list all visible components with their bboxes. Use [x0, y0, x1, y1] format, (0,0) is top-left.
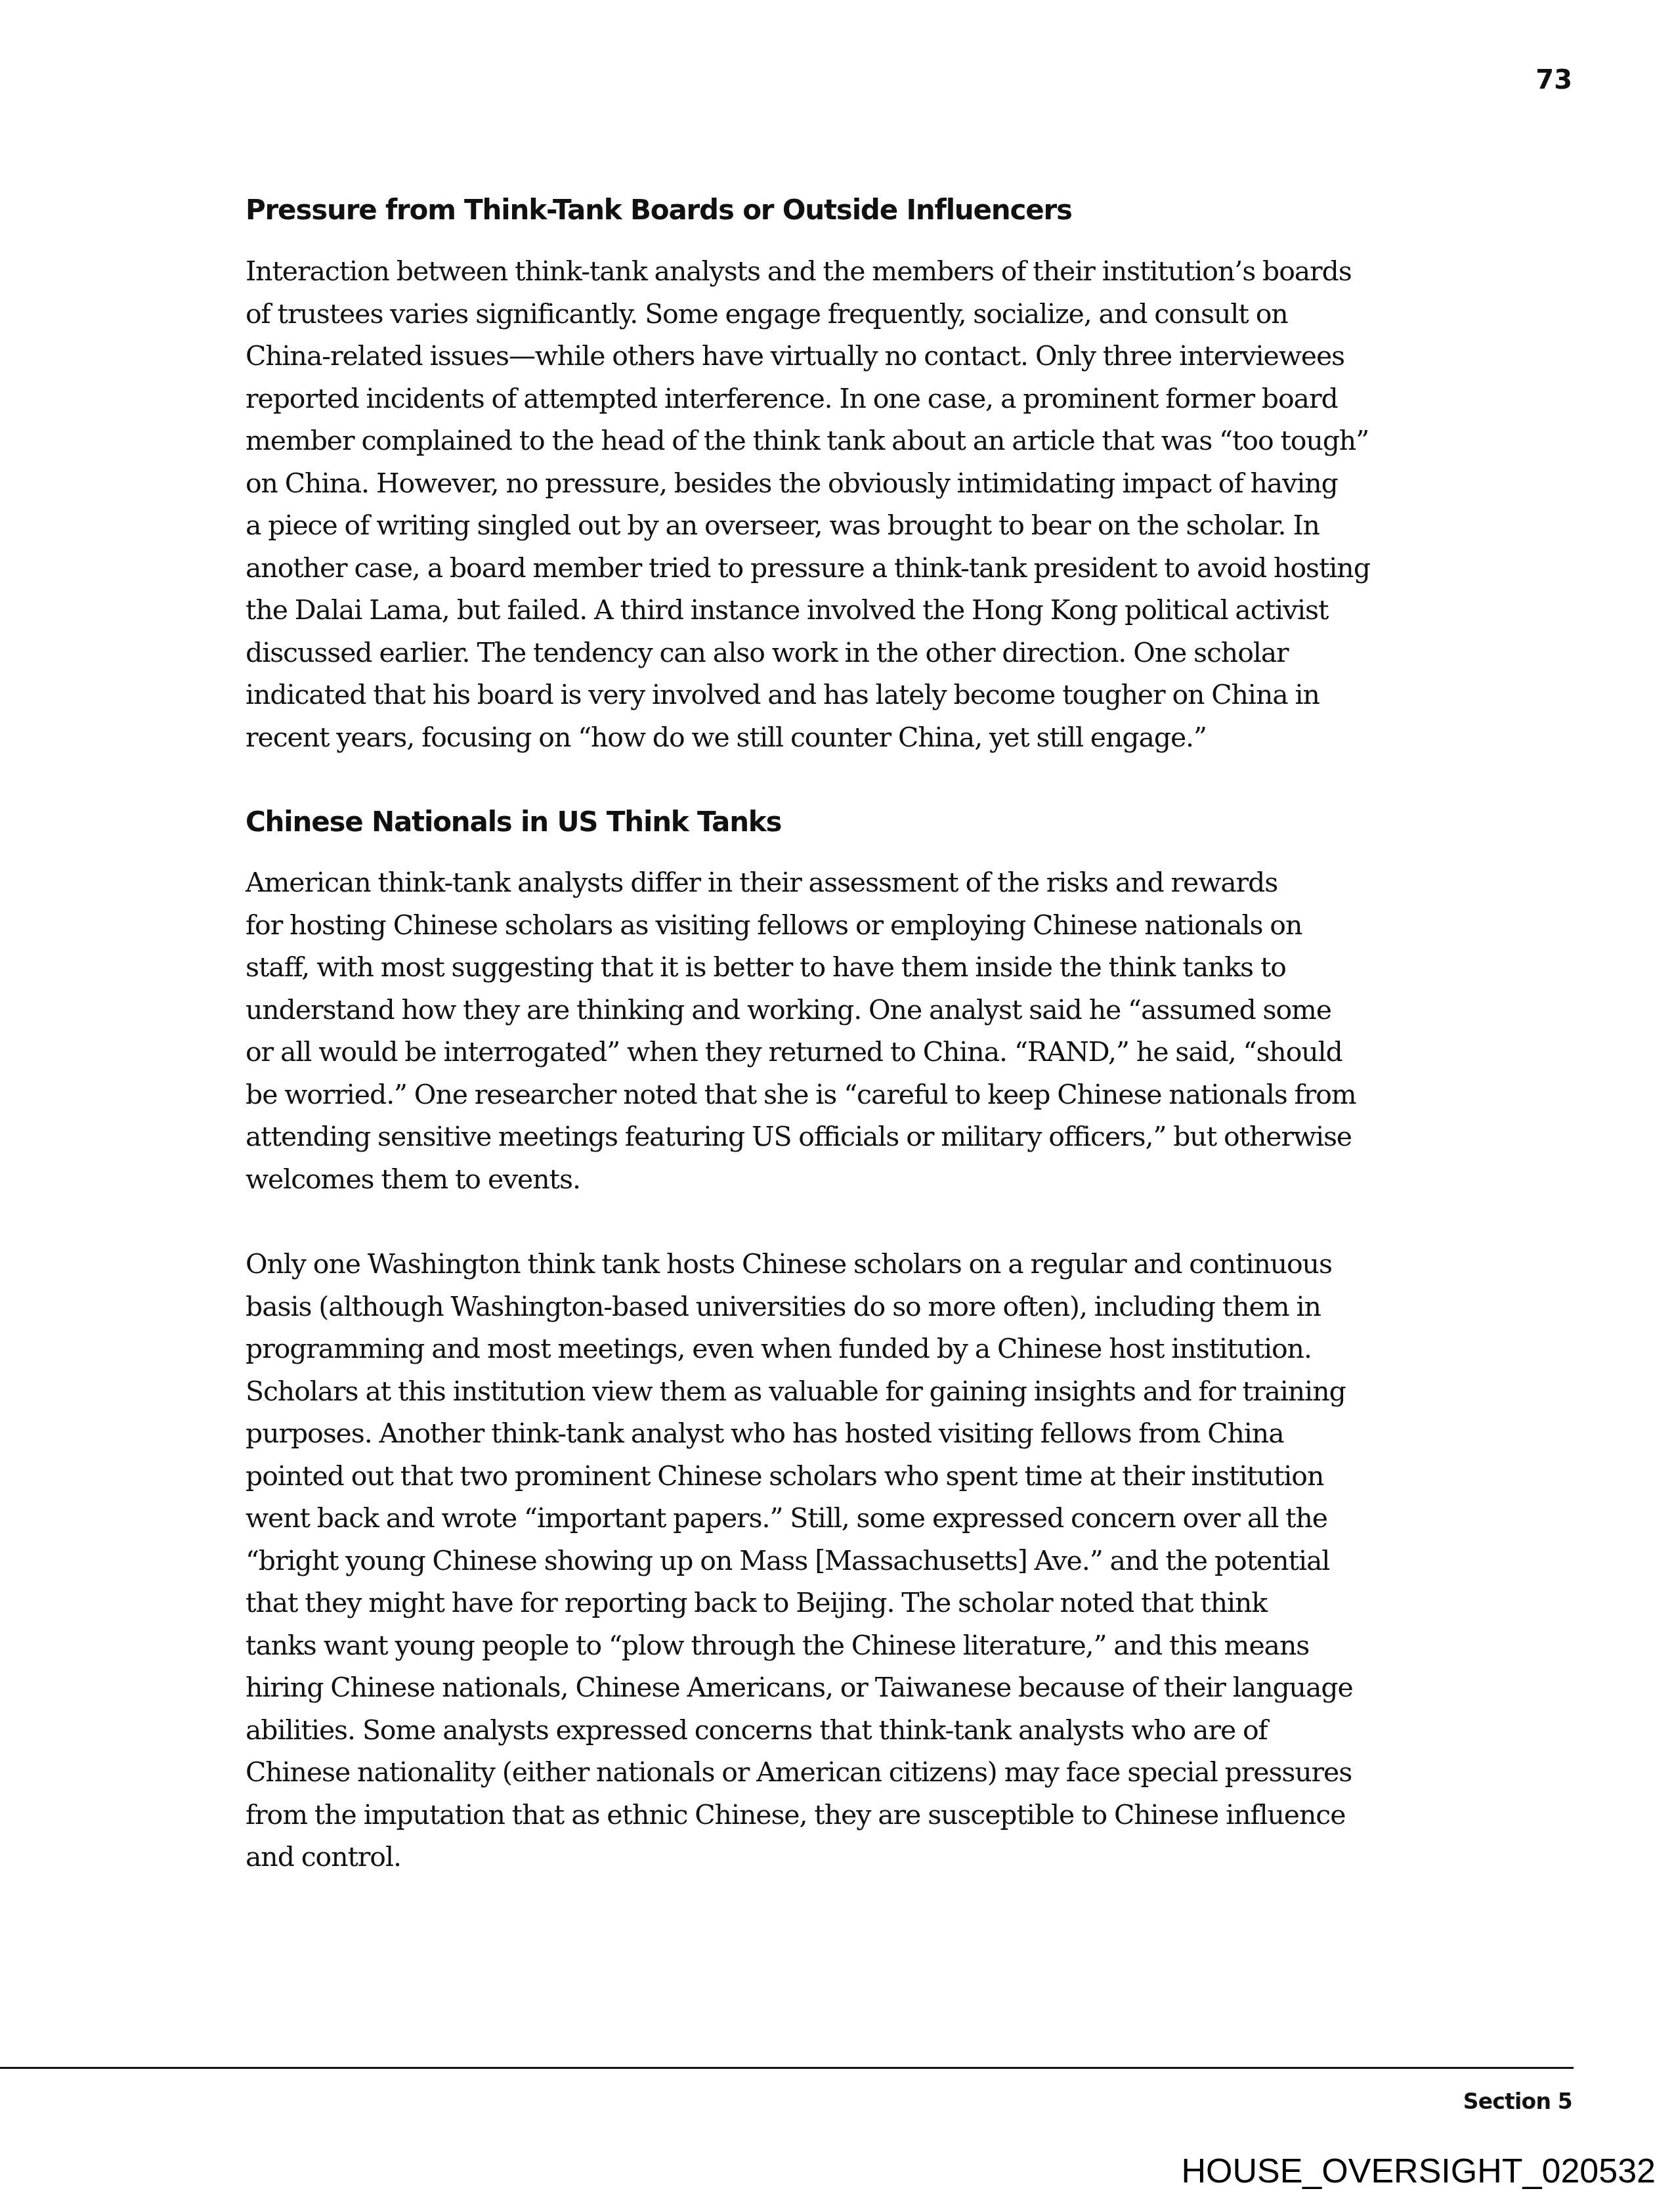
- text-line: another case, a board member tried to pr…: [246, 547, 1370, 590]
- text-line: Only one Washington think tank hosts Chi…: [246, 1243, 1353, 1286]
- bates-stamp: HOUSE_OVERSIGHT_020532: [1181, 2148, 1656, 2194]
- text-line: American think-tank analysts differ in t…: [246, 861, 1356, 904]
- text-line: hiring Chinese nationals, Chinese Americ…: [246, 1666, 1353, 1709]
- text-line: that they might have for reporting back …: [246, 1582, 1353, 1624]
- paragraph-board-pressure: Interaction between think-tank analysts …: [246, 250, 1370, 758]
- text-line: and control.: [246, 1836, 1353, 1878]
- text-line: on China. However, no pressure, besides …: [246, 462, 1370, 505]
- text-line: recent years, focusing on “how do we sti…: [246, 716, 1370, 759]
- text-line: Scholars at this institution view them a…: [246, 1370, 1353, 1413]
- paragraph-washington-think-tank: Only one Washington think tank hosts Chi…: [246, 1243, 1353, 1878]
- text-line: a piece of writing singled out by an ove…: [246, 504, 1370, 547]
- page-number: 73: [1535, 60, 1572, 100]
- text-line: from the imputation that as ethnic Chine…: [246, 1794, 1353, 1836]
- section-heading-chinese-nationals: Chinese Nationals in US Think Tanks: [246, 802, 781, 842]
- paragraph-risks-and-rewards: American think-tank analysts differ in t…: [246, 861, 1356, 1200]
- text-line: China-related issues—while others have v…: [246, 335, 1370, 378]
- text-line: or all would be interrogated” when they …: [246, 1031, 1356, 1073]
- text-line: went back and wrote “important papers.” …: [246, 1497, 1353, 1540]
- text-line: Interaction between think-tank analysts …: [246, 250, 1370, 293]
- text-line: attending sensitive meetings featuring U…: [246, 1116, 1356, 1158]
- text-line: be worried.” One researcher noted that s…: [246, 1073, 1356, 1116]
- text-line: purposes. Another think-tank analyst who…: [246, 1412, 1353, 1455]
- section-heading-board-pressure: Pressure from Think-Tank Boards or Outsi…: [246, 190, 1072, 230]
- text-line: of trustees varies significantly. Some e…: [246, 293, 1370, 336]
- text-line: discussed earlier. The tendency can also…: [246, 632, 1370, 674]
- text-line: basis (although Washington-based univers…: [246, 1286, 1353, 1328]
- text-line: “bright young Chinese showing up on Mass…: [246, 1540, 1353, 1582]
- footer-divider: [0, 2067, 1574, 2069]
- footer-section-label: Section 5: [1463, 2085, 1572, 2118]
- text-line: staff, with most suggesting that it is b…: [246, 946, 1356, 989]
- text-line: member complained to the head of the thi…: [246, 420, 1370, 462]
- text-line: indicated that his board is very involve…: [246, 674, 1370, 716]
- text-line: tanks want young people to “plow through…: [246, 1624, 1353, 1667]
- text-line: for hosting Chinese scholars as visiting…: [246, 904, 1356, 947]
- text-line: understand how they are thinking and wor…: [246, 989, 1356, 1031]
- text-line: Chinese nationality (either nationals or…: [246, 1751, 1353, 1794]
- text-line: abilities. Some analysts expressed conce…: [246, 1709, 1353, 1752]
- text-line: the Dalai Lama, but failed. A third inst…: [246, 589, 1370, 632]
- text-line: welcomes them to events.: [246, 1158, 1356, 1201]
- text-line: pointed out that two prominent Chinese s…: [246, 1455, 1353, 1498]
- text-line: reported incidents of attempted interfer…: [246, 378, 1370, 420]
- text-line: programming and most meetings, even when…: [246, 1328, 1353, 1370]
